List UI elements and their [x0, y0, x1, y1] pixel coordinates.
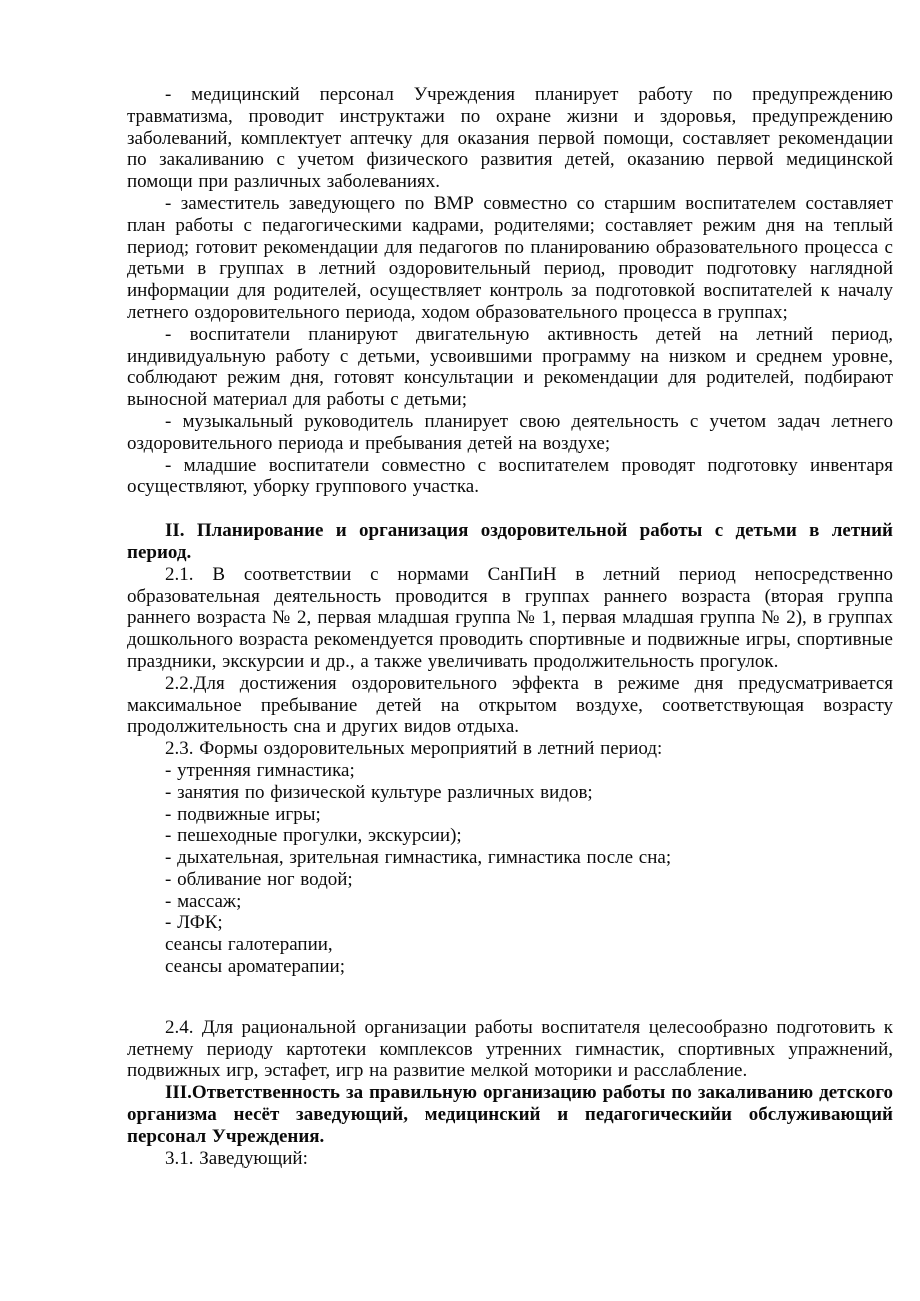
list-item-halotherapy: сеансы галотерапии, — [127, 934, 893, 956]
list-item-morning-gymnastics: - утренняя гимнастика; — [127, 760, 893, 782]
list-item-foot-dousing: - обливание ног водой; — [127, 869, 893, 891]
list-item-massage: - массаж; — [127, 891, 893, 913]
list-item-breathing-gymnastics: - дыхательная, зрительная гимнастика, ги… — [127, 847, 893, 869]
list-item-aromatherapy: сеансы ароматерапии; — [127, 956, 893, 978]
paragraph-teachers: - воспитатели планируют двигательную акт… — [127, 324, 893, 411]
paragraph-medical-staff: - медицинский персонал Учреждения планир… — [127, 84, 893, 193]
paragraph-junior-teachers: - младшие воспитатели совместно с воспит… — [127, 455, 893, 499]
paragraph-2-4: 2.4. Для рациональной организации работы… — [127, 1017, 893, 1082]
list-item-lfk: - ЛФК; — [127, 912, 893, 934]
document-page: - медицинский персонал Учреждения планир… — [0, 0, 920, 1301]
list-item-walks-excursions: - пешеходные прогулки, экскурсии); — [127, 825, 893, 847]
paragraph-2-3: 2.3. Формы оздоровительных мероприятий в… — [127, 738, 893, 760]
paragraph-2-2: 2.2.Для достижения оздоровительного эффе… — [127, 673, 893, 738]
section-iii-heading: III.Ответственность за правильную органи… — [127, 1082, 893, 1147]
paragraph-music-director: - музыкальный руководитель планирует сво… — [127, 411, 893, 455]
paragraph-3-1: 3.1. Заведующий: — [127, 1148, 893, 1170]
paragraph-2-1: 2.1. В соответствии с нормами СанПиН в л… — [127, 564, 893, 673]
paragraph-deputy-head: - заместитель заведующего по ВМР совмест… — [127, 193, 893, 324]
list-item-physical-culture: - занятия по физической культуре различн… — [127, 782, 893, 804]
section-ii-heading: II. Планирование и организация оздоровит… — [127, 520, 893, 564]
list-item-active-games: - подвижные игры; — [127, 804, 893, 826]
